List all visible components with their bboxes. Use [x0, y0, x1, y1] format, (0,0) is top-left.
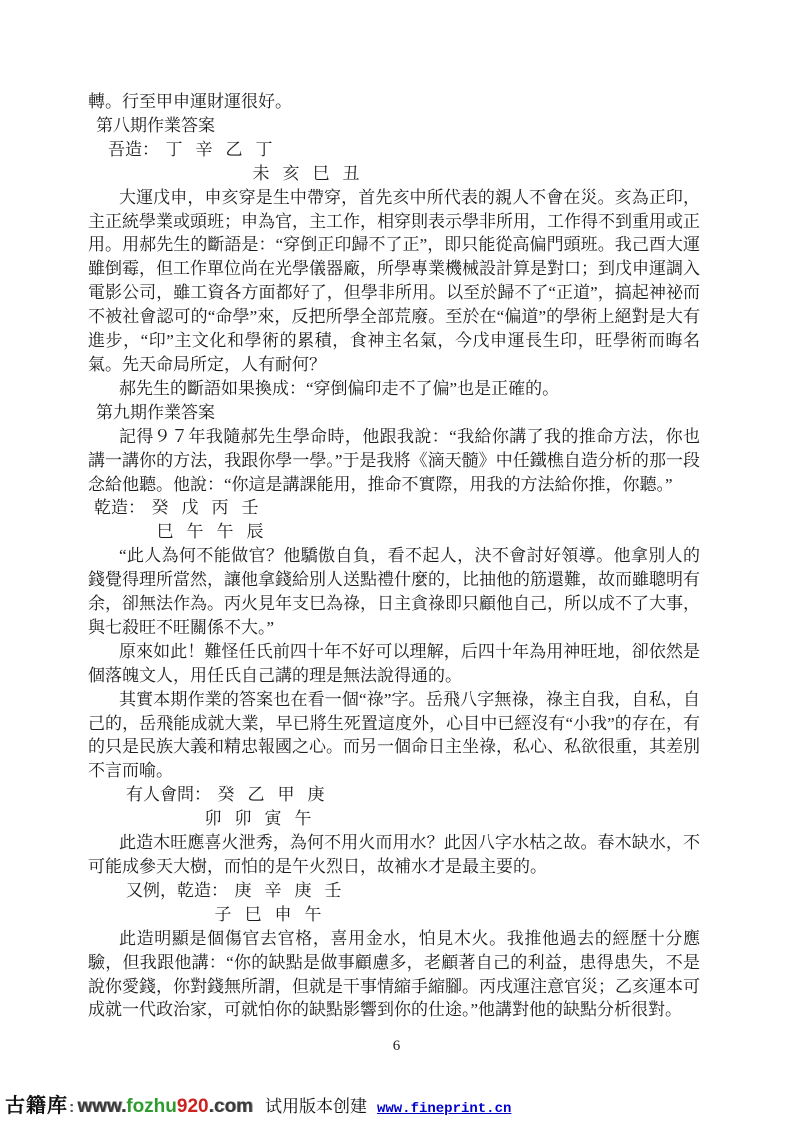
heavenly-stem: 戊: [175, 496, 205, 520]
heavenly-stem: 乙: [241, 783, 271, 807]
paragraph: 原來如此！難怪任氏前四十年不好可以理解，后四十年為用神旺地，卻依然是個落魄文人，…: [88, 640, 700, 688]
heavenly-stem: 癸: [145, 496, 175, 520]
url-number-part: 920: [177, 1096, 209, 1117]
heavenly-stem: 丁: [249, 138, 279, 162]
page-number: 6: [0, 1038, 793, 1055]
earthly-branch: 未: [246, 162, 276, 186]
heavenly-stem: 庚: [228, 879, 258, 903]
watermark-site-name: 古籍库: [5, 1089, 68, 1118]
earthly-branch: 寅: [258, 807, 288, 831]
earthly-branch: 午: [298, 903, 328, 927]
earthly-branch: 午: [288, 807, 318, 831]
earthly-branch: 午: [210, 520, 240, 544]
paragraph: 記得９７年我隨郝先生學命時，他跟我說：“我給你講了我的推命方法，你也講一講你的方…: [88, 425, 700, 497]
heavenly-stem: 壬: [235, 496, 265, 520]
earthly-branch: 巳: [306, 162, 336, 186]
earthly-branch: 卯: [198, 807, 228, 831]
url-www-part: www.: [77, 1096, 126, 1117]
earthly-branch: 辰: [240, 520, 270, 544]
bazi-chart: 有人會問：癸乙甲庚 卯卯寅午: [88, 783, 700, 831]
paragraph: 其實本期作業的答案也在看一個“祿”字。岳飛八字無祿，祿主自我，自私，自己的，岳飛…: [88, 688, 700, 784]
heavenly-stem: 庚: [301, 783, 331, 807]
paragraph: 郝先生的斷語如果換成：“穿倒偏印走不了偏”也是正確的。: [88, 377, 700, 401]
earthly-branch: 午: [180, 520, 210, 544]
earthly-branch: 卯: [228, 807, 258, 831]
trial-version-text: 试用版本创建: [265, 1092, 367, 1117]
paragraph: 大運戊申，申亥穿是生中帶穿，首先亥中所代表的親人不會在災。亥為正印，主正統學業或…: [88, 186, 700, 377]
paragraph: “此人為何不能做官？他驕傲自負，看不起人，決不會討好領導。他拿別人的錢覺得理所當…: [88, 544, 700, 640]
fozhu-watermark-url: www.fozhu920.com: [77, 1096, 253, 1118]
paragraph: 轉。行至甲申運財運很好。: [88, 90, 700, 114]
heavenly-stem: 甲: [271, 783, 301, 807]
paragraph: 此造木旺應喜火泄秀，為何不用火而用水？此因八字水枯之故。春木缺水，不可能成參天大…: [88, 831, 700, 879]
heavenly-stem: 癸: [211, 783, 241, 807]
heavenly-stem: 丁: [159, 138, 189, 162]
earthly-branch: 亥: [276, 162, 306, 186]
bazi-chart: 乾造：癸戊丙壬 巳午午辰: [88, 496, 700, 544]
pillar-label: 有人會問：: [126, 785, 211, 804]
earthly-branch: 子: [208, 903, 238, 927]
watermark-separator: :: [69, 1099, 74, 1117]
heavenly-stem: 辛: [189, 138, 219, 162]
heavenly-stem: 乙: [219, 138, 249, 162]
pillar-label: 又例，乾造：: [126, 881, 228, 900]
earthly-branch: 申: [268, 903, 298, 927]
section-heading: 第九期作業答案: [88, 401, 700, 425]
page-body: 轉。行至甲申運財運很好。 第八期作業答案 吾造：丁辛乙丁 未亥巳丑 大運戊申，申…: [88, 90, 700, 1022]
pillar-label: 乾造：: [94, 498, 145, 517]
heavenly-stem: 辛: [258, 879, 288, 903]
heavenly-stem: 丙: [205, 496, 235, 520]
paragraph: 此造明顯是個傷官去官格，喜用金水，怕見木火。我推他過去的經歷十分應驗，但我跟他講…: [88, 927, 700, 1023]
url-com-part: .com: [209, 1096, 253, 1117]
pillar-label: 吾造：: [108, 140, 159, 159]
earthly-branch: 巳: [238, 903, 268, 927]
bazi-chart: 又例，乾造：庚辛庚壬 子巳申午: [88, 879, 700, 927]
heavenly-stem: 庚: [288, 879, 318, 903]
heavenly-stem: 壬: [318, 879, 348, 903]
bazi-chart: 吾造：丁辛乙丁 未亥巳丑: [88, 138, 700, 186]
watermark-bar: 古籍库 : www.fozhu920.com 试用版本创建 www.finepr…: [5, 1089, 511, 1118]
section-heading: 第八期作業答案: [88, 114, 700, 138]
url-site-part: fozhu: [126, 1096, 177, 1117]
earthly-branch: 巳: [150, 520, 180, 544]
fineprint-link[interactable]: www.fineprint.cn: [377, 1101, 511, 1117]
earthly-branch: 丑: [336, 162, 366, 186]
